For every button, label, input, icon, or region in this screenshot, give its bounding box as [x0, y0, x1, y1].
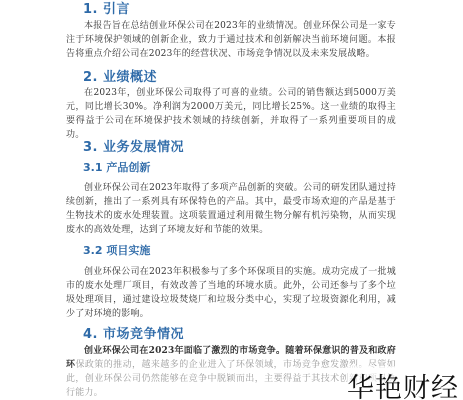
heading-market-competition: 4. 市场竞争情况 — [83, 323, 184, 342]
heading-performance-overview: 2. 业绩概述 — [83, 66, 157, 85]
paragraph-performance-overview: 在2023年，创业环保公司取得了可喜的业绩。公司的销售额达到5000万美元，同比… — [66, 86, 396, 142]
watermark-logo: 华艳财经 — [347, 366, 459, 400]
paragraph-product-innovation: 创业环保公司在2023年取得了多项产品创新的突破。公司的研发团队通过持续创新，推… — [66, 181, 396, 237]
heading-business-development: 3. 业务发展情况 — [83, 136, 184, 155]
paragraph-project-implementation: 创业环保公司在2023年积极参与了多个环保项目的实施。成功完成了一批城市的废水处… — [66, 265, 396, 321]
heading-project-implementation: 3.2 项目实施 — [83, 242, 150, 258]
heading-introduction: 1. 引言 — [83, 0, 130, 17]
document-page: 1. 引言 本报告旨在总结创业环保公司在2023年的业绩情况。创业环保公司是一家… — [0, 0, 463, 400]
paragraph-introduction: 本报告旨在总结创业环保公司在2023年的业绩情况。创业环保公司是一家专注于环境保… — [66, 19, 396, 61]
heading-product-innovation: 3.1 产品创新 — [83, 159, 150, 175]
